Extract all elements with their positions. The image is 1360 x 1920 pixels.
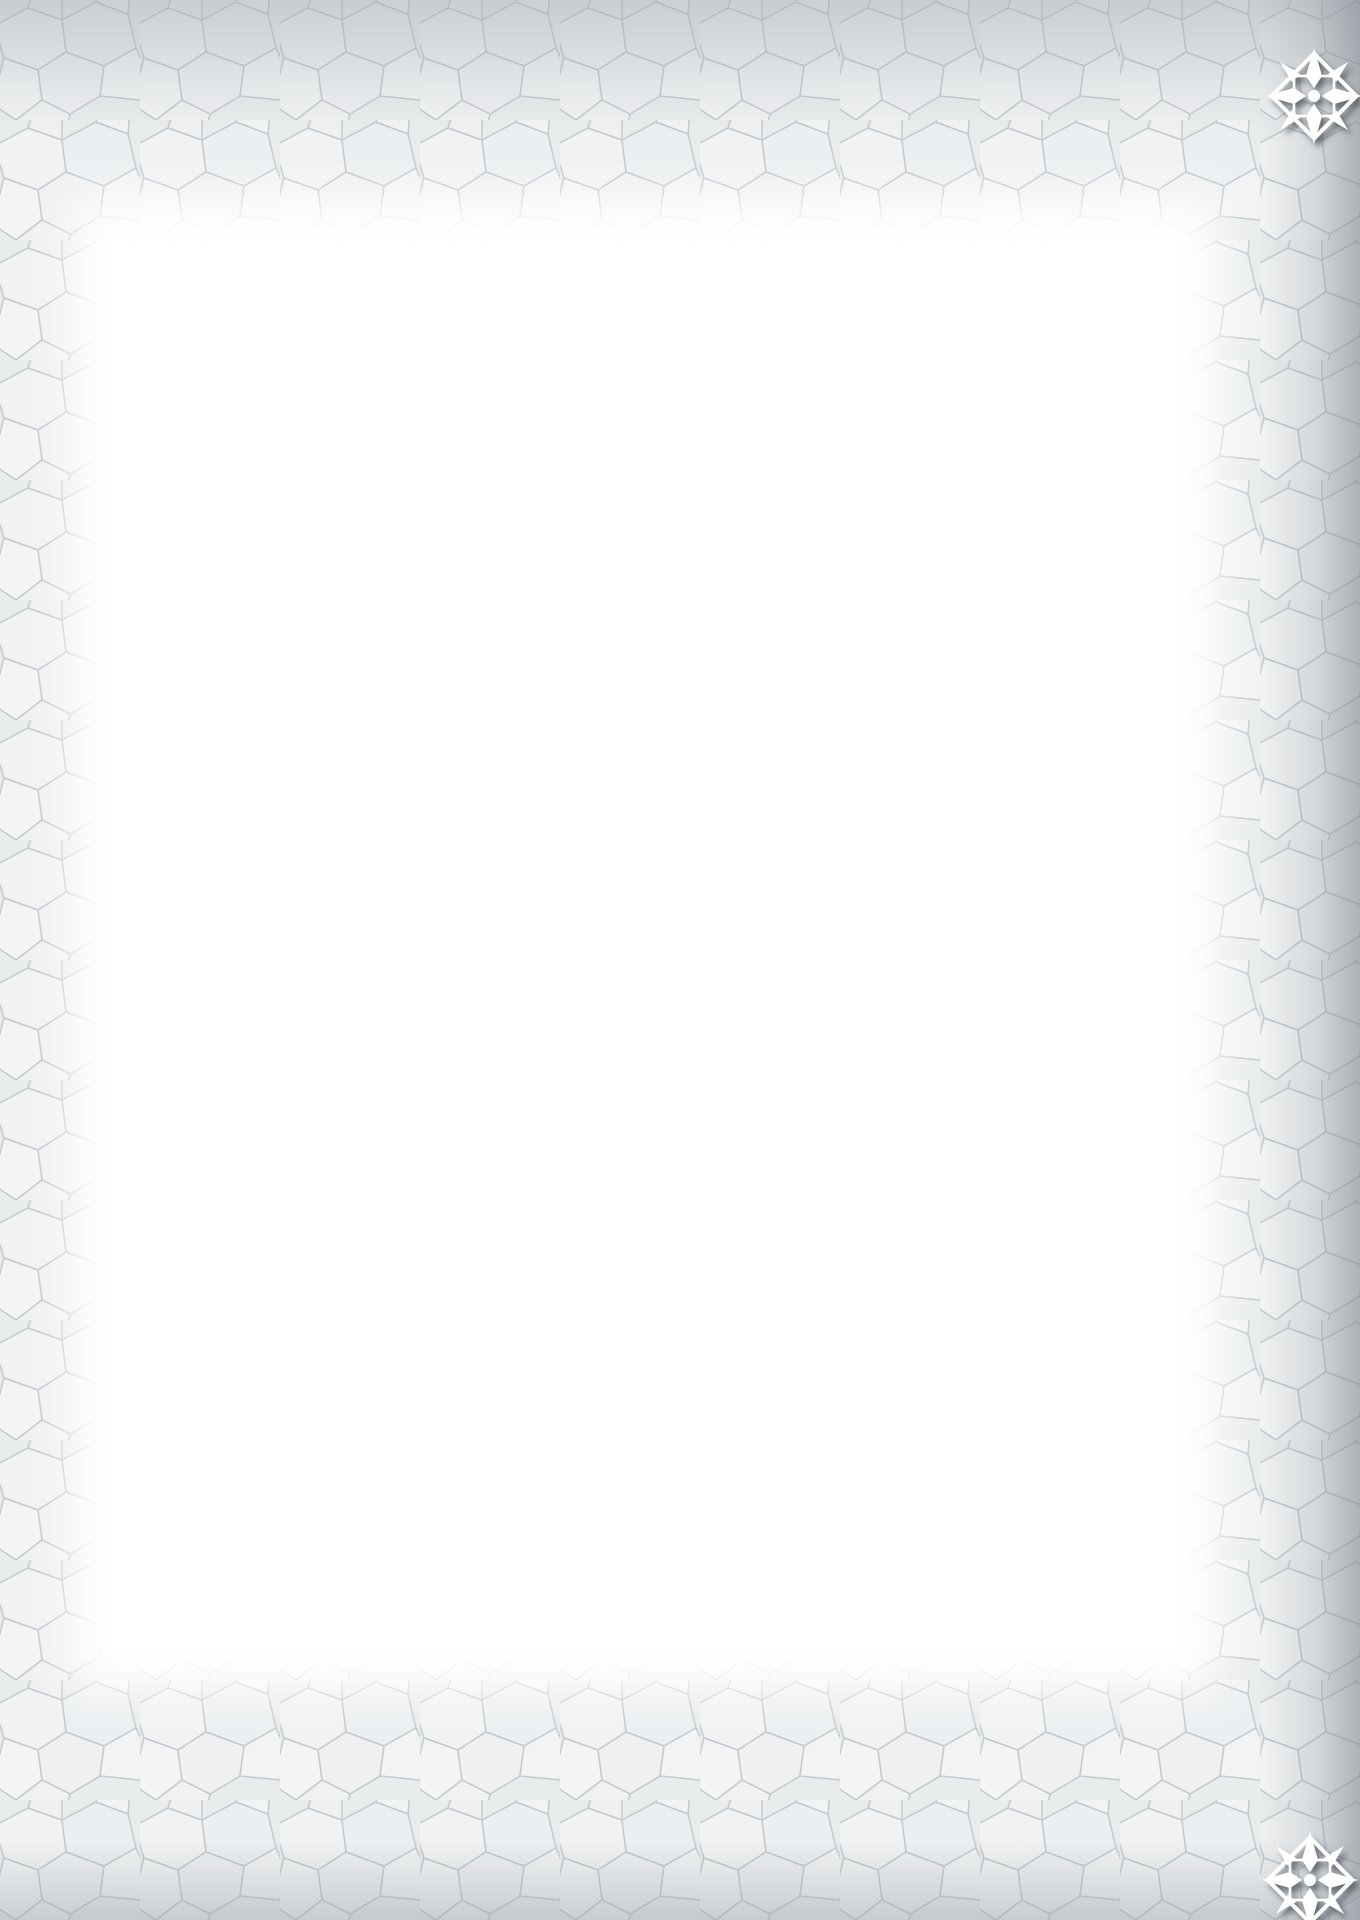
text-band-1 bbox=[108, 162, 1268, 558]
text-band-4 bbox=[108, 1444, 1268, 1840]
text-band-3 bbox=[108, 1014, 1268, 1410]
book-page bbox=[0, 0, 1360, 1920]
text-band-2 bbox=[108, 584, 1268, 980]
